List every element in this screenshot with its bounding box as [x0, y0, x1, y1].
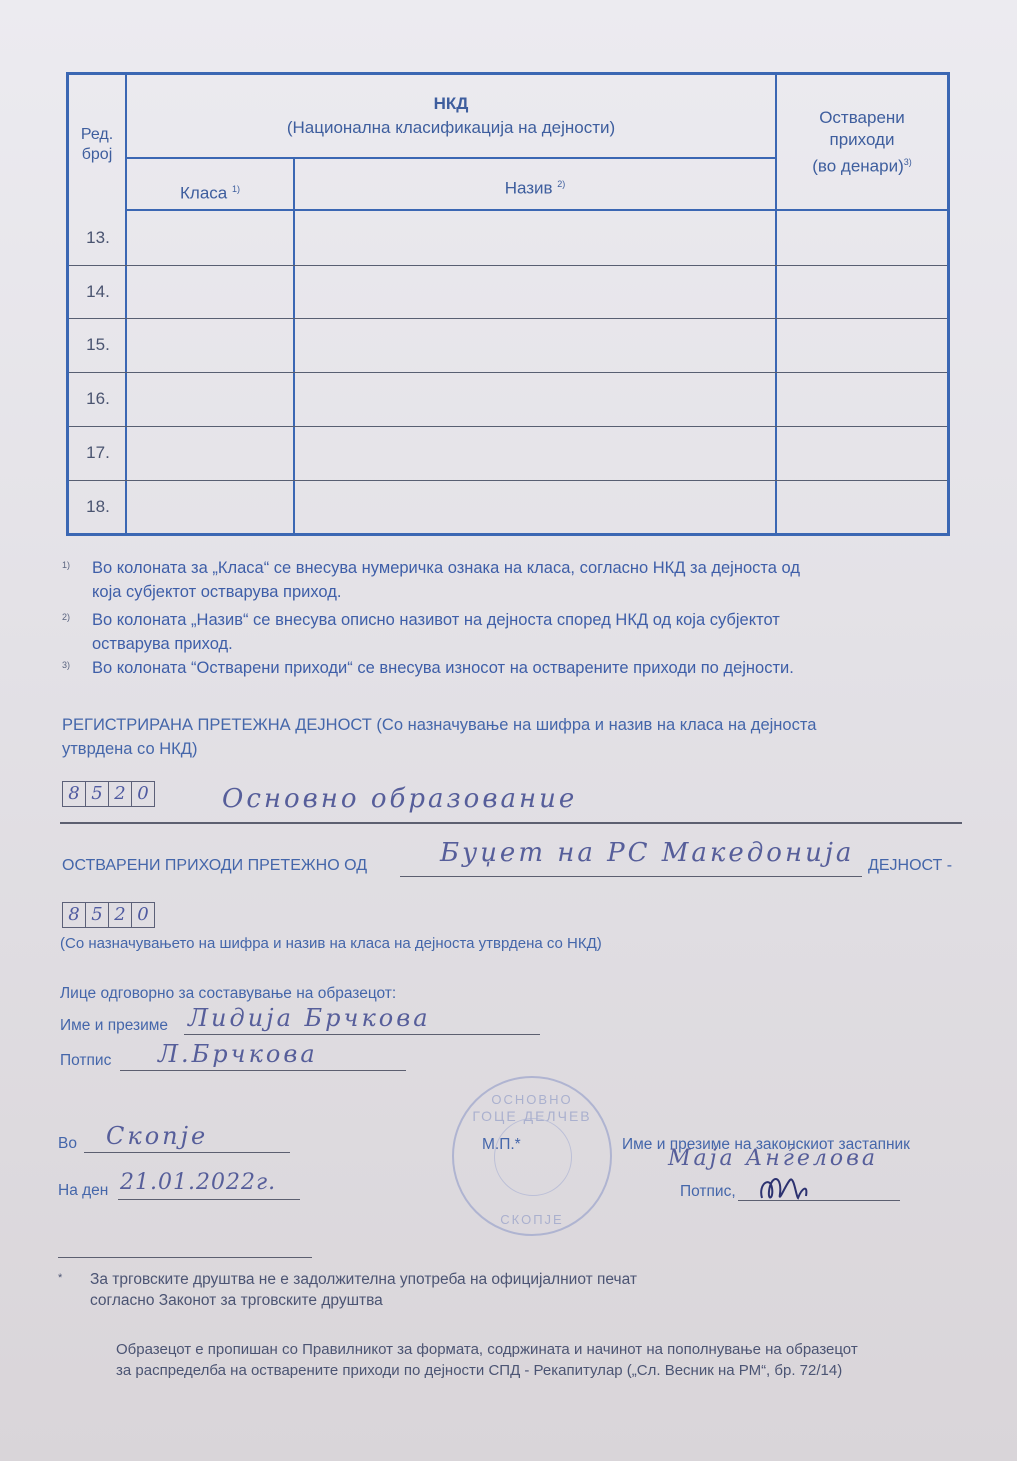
header-income-line: приходи: [777, 129, 947, 151]
registered-activity-label-cont: утврдена со НКД): [62, 740, 197, 759]
regulation-line: Образецот е пропишан со Правилникот за ф…: [116, 1340, 858, 1360]
table-row-number: 16.: [69, 389, 127, 409]
stamp-text: ОСНОВНО: [454, 1092, 610, 1107]
table-cell-name[interactable]: [295, 482, 775, 532]
place-label: Во: [58, 1135, 77, 1153]
footnote-line: согласно Законот за трговските друштва: [90, 1291, 383, 1311]
responsible-name-underline: [184, 1034, 540, 1035]
table-cell-income[interactable]: [777, 213, 947, 263]
footnote-text: Во колоната „Назив“ се внесува описно на…: [92, 608, 780, 656]
table-cell-name[interactable]: [295, 213, 775, 263]
date-underline: [118, 1199, 300, 1200]
table-cell-income[interactable]: [777, 267, 947, 317]
header-divider: [127, 157, 775, 159]
header-row-no: Ред. број: [69, 125, 125, 165]
footnote-line: За трговските друштва не е задолжителна …: [90, 1270, 637, 1290]
row-divider: [69, 426, 947, 427]
legal-rep-signature-scribble: [756, 1174, 816, 1206]
footnote-text: Во колоната “Остварени приходи“ се внесу…: [92, 656, 794, 680]
header-row-no-text: Ред. број: [81, 126, 113, 163]
table-cell-income[interactable]: [777, 374, 947, 424]
header-class-text: Класа: [180, 184, 227, 203]
place-underline: [84, 1152, 290, 1153]
code-digit[interactable]: 5: [86, 782, 109, 806]
legal-rep-name-value[interactable]: Маја Анѓелова: [668, 1146, 878, 1171]
stamp-text: ГОЦЕ ДЕЛЧЕВ: [454, 1108, 610, 1124]
registered-activity-code[interactable]: 8520: [62, 781, 155, 807]
row-divider: [69, 265, 947, 266]
row-divider: [69, 372, 947, 373]
footnote-line: која субјектот остварува приход.: [92, 580, 800, 604]
footnote-line: Во колоната “Остварени приходи“ се внесу…: [92, 656, 794, 680]
footnote-line: Во колоната за „Класа“ се внесува нумери…: [92, 556, 800, 580]
responsible-name-label: Име и презиме: [60, 1017, 168, 1035]
code-digit[interactable]: 2: [109, 903, 132, 927]
code-digit[interactable]: 2: [109, 782, 132, 806]
table-row-number: 14.: [69, 282, 127, 302]
code-digit[interactable]: 5: [86, 903, 109, 927]
table-cell-class[interactable]: [127, 374, 293, 424]
table-row-number: 17.: [69, 443, 127, 463]
header-income-line: Остварени: [777, 107, 947, 129]
table-cell-income[interactable]: [777, 482, 947, 532]
table-row-number: 13.: [69, 228, 127, 248]
income-activity-code[interactable]: 8520: [62, 902, 155, 928]
date-label: На ден: [58, 1182, 108, 1200]
header-name: Назив 2): [295, 173, 775, 200]
header-class: Класа 1): [127, 178, 293, 205]
official-stamp: ОСНОВНО ГОЦЕ ДЕЛЧЕВ СКОПЈЕ: [452, 1076, 612, 1236]
activity-income-table: Ред. број НКД (Национална класификација …: [66, 72, 950, 536]
responsible-name-value[interactable]: Лидија Брчкова: [188, 1004, 431, 1032]
footnote-ref: 1): [232, 184, 240, 194]
regulation-line: за распределба на остварените приходи по…: [116, 1361, 842, 1381]
date-value[interactable]: 21.01.2022г.: [120, 1170, 276, 1195]
stamp-text: СКОПЈЕ: [454, 1212, 610, 1227]
table-cell-income[interactable]: [777, 428, 947, 478]
row-divider: [69, 480, 947, 481]
header-name-text: Назив: [505, 179, 553, 198]
registered-activity-label: РЕГИСТРИРАНА ПРЕТЕЖНА ДЕЈНОСТ (Со назнач…: [62, 716, 816, 735]
income-source-label: ОСТВАРЕНИ ПРИХОДИ ПРЕТЕЖНО ОД: [62, 857, 367, 875]
responsible-signature-label: Потпис: [60, 1052, 111, 1070]
table-cell-name[interactable]: [295, 374, 775, 424]
table-cell-income[interactable]: [777, 320, 947, 370]
stamp-placeholder-label: М.П.*: [482, 1136, 521, 1154]
header-income-line: (во денари): [812, 157, 904, 176]
table-row-number: 18.: [69, 497, 127, 517]
responsible-person-heading: Лице одговорно за составување на образец…: [60, 985, 396, 1003]
table-row-number: 15.: [69, 335, 127, 355]
footnote-line: остварува приход.: [92, 632, 780, 656]
footnote-text: Во колоната за „Класа“ се внесува нумери…: [92, 556, 800, 604]
header-bottom: [127, 209, 947, 211]
footnote-ref: 2): [557, 179, 565, 189]
income-activity-hint: (Со назначувањето на шифра и назив на кл…: [60, 935, 602, 952]
table-cell-name[interactable]: [295, 320, 775, 370]
header-income: Остварени приходи (во денари)3): [777, 107, 947, 178]
header-nkd-subtitle: (Национална класификација на дејности): [127, 117, 775, 139]
stamp-emblem: [494, 1118, 572, 1196]
income-activity-label: ДЕЈНОСТ -: [868, 857, 952, 875]
code-digit[interactable]: 0: [132, 782, 154, 806]
code-digit[interactable]: 0: [132, 903, 154, 927]
header-nkd-title: НКД: [127, 93, 775, 115]
table-cell-name[interactable]: [295, 428, 775, 478]
footnote-ref: 3): [904, 157, 912, 167]
form-page: Ред. број НКД (Национална класификација …: [0, 0, 1017, 1461]
income-source-value[interactable]: Буџет на РС Македонија: [440, 838, 854, 868]
legal-rep-signature-label: Потпис,: [680, 1183, 736, 1201]
income-source-underline: [400, 876, 862, 877]
code-digit[interactable]: 8: [63, 782, 86, 806]
footnote-number: 1): [62, 560, 70, 570]
table-cell-class[interactable]: [127, 267, 293, 317]
row-divider: [69, 318, 947, 319]
registered-activity-underline: [60, 822, 962, 824]
footnote-mark: *: [58, 1268, 62, 1288]
table-cell-class[interactable]: [127, 482, 293, 532]
place-value[interactable]: Скопје: [106, 1122, 208, 1150]
footnote-number: 2): [62, 612, 70, 622]
table-cell-class[interactable]: [127, 428, 293, 478]
table-cell-class[interactable]: [127, 213, 293, 263]
responsible-signature-value[interactable]: Л.Брчкова: [158, 1040, 318, 1068]
registered-activity-name[interactable]: Основно образование: [222, 784, 577, 814]
table-cell-class[interactable]: [127, 320, 293, 370]
responsible-signature-underline: [120, 1070, 406, 1071]
code-digit[interactable]: 8: [63, 903, 86, 927]
footnote-divider: [58, 1257, 312, 1258]
footnote-number: 3): [62, 660, 70, 670]
table-cell-name[interactable]: [295, 267, 775, 317]
footnote-line: Во колоната „Назив“ се внесува описно на…: [92, 608, 780, 632]
